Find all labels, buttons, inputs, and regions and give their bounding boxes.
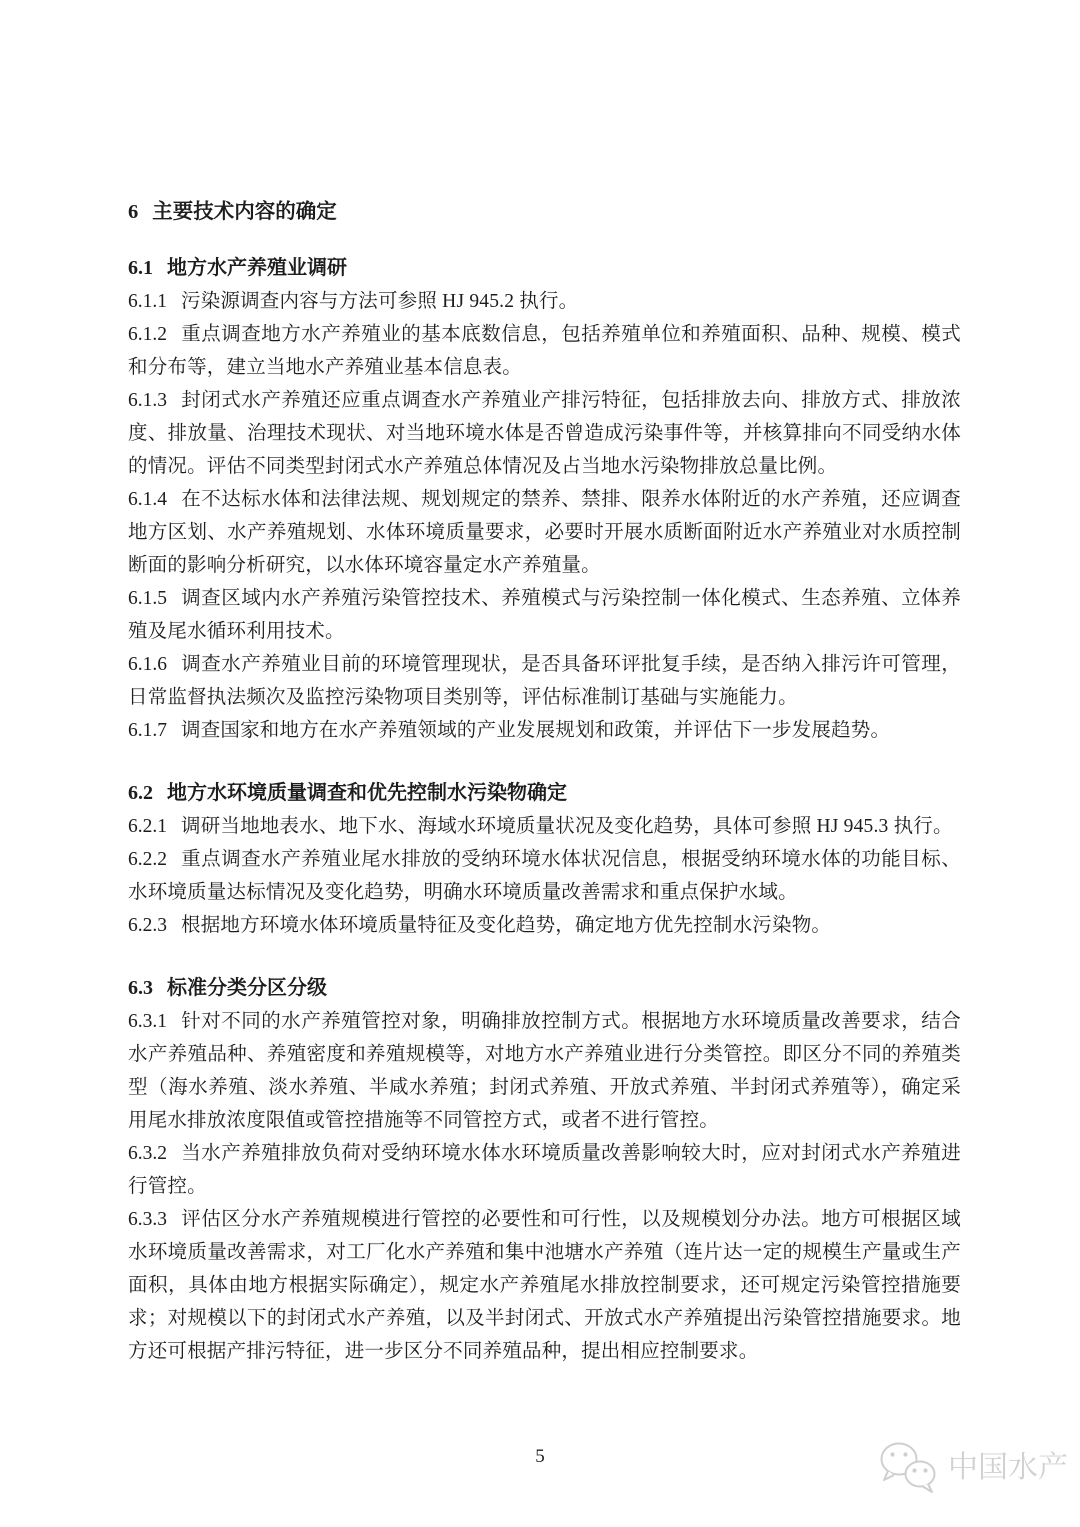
- clause-6-1-5: 6.1.5调查区域内水产养殖污染管控技术、养殖模式与污染控制一体化模式、生态养殖…: [128, 582, 961, 648]
- section-6-2: 6.2地方水环境质量调查和优先控制水污染物确定 6.2.1调研当地地表水、地下水…: [128, 777, 961, 942]
- clause-text: 在不达标水体和法律法规、规划规定的禁养、禁排、限养水体附近的水产养殖，还应调查地…: [128, 489, 961, 576]
- clause-text: 根据地方环境水体环境质量特征及变化趋势，确定地方优先控制水污染物。: [181, 915, 831, 936]
- clause-number: 6.2.3: [128, 915, 167, 936]
- wechat-logo-icon: [878, 1440, 940, 1496]
- clause-number: 6.2.1: [128, 816, 167, 837]
- clause-text: 针对不同的水产养殖管控对象，明确排放控制方式。根据地方水环境质量改善要求，结合水…: [128, 1011, 961, 1131]
- clause-number: 6.3.3: [128, 1209, 167, 1230]
- clause-6-3-2: 6.3.2当水产养殖排放负荷对受纳环境水体水环境质量改善影响较大时，应对封闭式水…: [128, 1137, 961, 1203]
- clause-text: 污染源调查内容与方法可参照 HJ 945.2 执行。: [181, 291, 578, 312]
- section-number: 6.2: [128, 782, 153, 804]
- clause-6-3-1: 6.3.1针对不同的水产养殖管控对象，明确排放控制方式。根据地方水环境质量改善要…: [128, 1005, 961, 1137]
- chapter-title-text: 主要技术内容的确定: [152, 200, 337, 223]
- chapter-heading: 6主要技术内容的确定: [128, 195, 961, 229]
- clause-text: 调研当地地表水、地下水、海域水环境质量状况及变化趋势，具体可参照 HJ 945.…: [181, 816, 953, 837]
- clause-number: 6.1.6: [128, 654, 167, 675]
- clause-text: 调查国家和地方在水产养殖领域的产业发展规划和政策，并评估下一步发展趋势。: [181, 720, 890, 741]
- section-title-text: 地方水产养殖业调研: [167, 257, 347, 279]
- clause-6-1-4: 6.1.4在不达标水体和法律法规、规划规定的禁养、禁排、限养水体附近的水产养殖，…: [128, 483, 961, 582]
- clause-number: 6.1.5: [128, 588, 167, 609]
- clause-6-1-2: 6.1.2重点调查地方水产养殖业的基本底数信息，包括养殖单位和养殖面积、品种、规…: [128, 318, 961, 384]
- clause-text: 评估区分水产养殖规模进行管控的必要性和可行性，以及规模划分办法。地方可根据区域水…: [128, 1209, 961, 1362]
- clause-number: 6.1.7: [128, 720, 167, 741]
- clause-number: 6.3.2: [128, 1143, 167, 1164]
- section-title-text: 标准分类分区分级: [167, 977, 327, 999]
- clause-6-2-1: 6.2.1调研当地地表水、地下水、海域水环境质量状况及变化趋势，具体可参照 HJ…: [128, 810, 961, 843]
- clause-text: 重点调查地方水产养殖业的基本底数信息，包括养殖单位和养殖面积、品种、规模、模式和…: [128, 324, 961, 378]
- watermark-label: 中国水产: [948, 1438, 1068, 1498]
- clause-number: 6.3.1: [128, 1011, 167, 1032]
- clause-number: 6.1.1: [128, 291, 167, 312]
- clause-number: 6.1.3: [128, 390, 167, 411]
- document-body: 6主要技术内容的确定 6.1地方水产养殖业调研 6.1.1污染源调查内容与方法可…: [128, 195, 961, 1368]
- section-title-text: 地方水环境质量调查和优先控制水污染物确定: [167, 782, 567, 804]
- clause-text: 调查水产养殖业目前的环境管理现状，是否具备环评批复手续，是否纳入排污许可管理，日…: [128, 654, 961, 708]
- clause-number: 6.1.2: [128, 324, 167, 345]
- section-heading-6-2: 6.2地方水环境质量调查和优先控制水污染物确定: [128, 777, 961, 810]
- section-6-1: 6.1地方水产养殖业调研 6.1.1污染源调查内容与方法可参照 HJ 945.2…: [128, 252, 961, 747]
- section-6-3: 6.3标准分类分区分级 6.3.1针对不同的水产养殖管控对象，明确排放控制方式。…: [128, 972, 961, 1368]
- clause-text: 调查区域内水产养殖污染管控技术、养殖模式与污染控制一体化模式、生态养殖、立体养殖…: [128, 588, 961, 642]
- clause-6-1-3: 6.1.3封闭式水产养殖还应重点调查水产养殖业产排污特征，包括排放去向、排放方式…: [128, 384, 961, 483]
- section-heading-6-1: 6.1地方水产养殖业调研: [128, 252, 961, 285]
- clause-text: 当水产养殖排放负荷对受纳环境水体水环境质量改善影响较大时，应对封闭式水产养殖进行…: [128, 1143, 961, 1197]
- clause-number: 6.1.4: [128, 489, 167, 510]
- clause-text: 封闭式水产养殖还应重点调查水产养殖业产排污特征，包括排放去向、排放方式、排放浓度…: [128, 390, 961, 477]
- watermark: 中国水产: [878, 1438, 1068, 1498]
- section-number: 6.1: [128, 257, 153, 279]
- chapter-number: 6: [128, 201, 138, 223]
- clause-6-2-3: 6.2.3根据地方环境水体环境质量特征及变化趋势，确定地方优先控制水污染物。: [128, 909, 961, 942]
- clause-6-1-6: 6.1.6调查水产养殖业目前的环境管理现状，是否具备环评批复手续，是否纳入排污许…: [128, 648, 961, 714]
- clause-6-1-7: 6.1.7调查国家和地方在水产养殖领域的产业发展规划和政策，并评估下一步发展趋势…: [128, 714, 961, 747]
- document-page: 6主要技术内容的确定 6.1地方水产养殖业调研 6.1.1污染源调查内容与方法可…: [0, 0, 1080, 1527]
- clause-text: 重点调查水产养殖业尾水排放的受纳环境水体状况信息，根据受纳环境水体的功能目标、水…: [128, 849, 961, 903]
- clause-6-3-3: 6.3.3评估区分水产养殖规模进行管控的必要性和可行性，以及规模划分办法。地方可…: [128, 1203, 961, 1368]
- section-number: 6.3: [128, 977, 153, 999]
- clause-6-2-2: 6.2.2重点调查水产养殖业尾水排放的受纳环境水体状况信息，根据受纳环境水体的功…: [128, 843, 961, 909]
- section-heading-6-3: 6.3标准分类分区分级: [128, 972, 961, 1005]
- clause-6-1-1: 6.1.1污染源调查内容与方法可参照 HJ 945.2 执行。: [128, 285, 961, 318]
- clause-number: 6.2.2: [128, 849, 167, 870]
